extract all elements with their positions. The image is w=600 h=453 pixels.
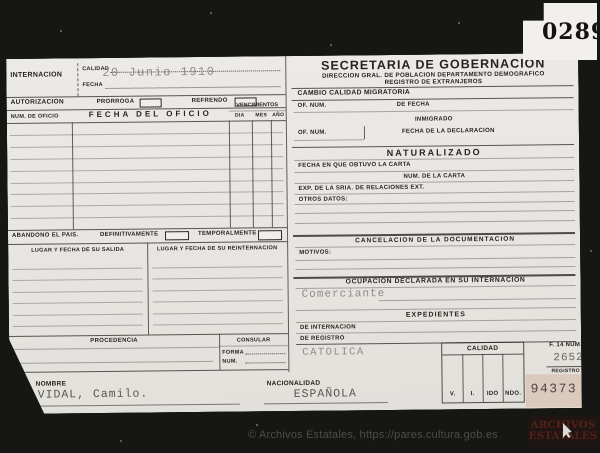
divider <box>364 126 365 139</box>
nacionalidad-label: NACIONALIDAD <box>267 380 321 388</box>
form-card: INTERNACION CALIDAD FECHA 20 Junio 1910 … <box>6 53 582 414</box>
blank-rule-line <box>13 313 143 315</box>
cambio-calidad-header: CAMBIO CALIDAD MIGRATORIA <box>297 89 410 97</box>
fecha-label: FECHA <box>82 82 103 88</box>
ano-subheader: AÑO <box>271 112 286 118</box>
blank-rule-line <box>10 168 283 172</box>
rule <box>294 109 574 113</box>
blank-rule-line <box>13 302 143 304</box>
mes-subheader: MES <box>252 112 271 118</box>
scan-background: INTERNACION CALIDAD FECHA 20 Junio 1910 … <box>0 0 600 453</box>
cancelacion-header: CANCELACION DE LA DOCUMENTACION <box>295 235 575 245</box>
blank-rule-line <box>10 180 283 184</box>
num-oficio-column-header: NUM. DE OFICIO <box>11 113 59 120</box>
calidad-col-i: I. <box>463 391 483 397</box>
blank-rule-line <box>13 325 143 327</box>
definitivamente-checkbox <box>165 231 189 240</box>
blank-rule-line <box>10 132 283 136</box>
document-number-sticker: 0289 <box>523 3 597 60</box>
de-internacion-label: DE INTERNACION <box>300 324 356 331</box>
blank-rule-line <box>153 312 283 314</box>
f14-label: F. 14 NUM. <box>549 342 582 348</box>
calidad-col-v: V. <box>443 391 463 397</box>
otros-datos-label: OTROS DATOS: <box>299 196 348 203</box>
rule <box>379 298 576 301</box>
de-fecha-label: DE FECHA <box>397 102 430 108</box>
scan-speck <box>590 250 592 252</box>
autorizacion-label: AUTORIZACION <box>11 98 64 106</box>
rule <box>294 139 364 141</box>
rule <box>15 361 213 364</box>
rule <box>9 369 288 373</box>
nacionalidad-value: ESPAÑOLA <box>294 387 357 401</box>
rule <box>296 330 576 334</box>
ocupacion-value: Comerciante <box>302 288 386 301</box>
fecha-oficio-column-header: FECHA DEL OFICIO <box>72 109 229 120</box>
fecha-carta-label: FECHA EN QUE OBTUVO LA CARTA <box>298 162 411 169</box>
leader-line <box>105 86 280 89</box>
temporalmente-label: TEMPORALMENTE <box>198 230 257 237</box>
document-number: 0289 <box>542 19 600 45</box>
leader-line <box>245 353 285 354</box>
rule <box>292 97 574 101</box>
salida-header: LUGAR Y FECHA DE SU SALIDA <box>10 247 145 254</box>
blank-rule-line <box>11 215 284 219</box>
scan-speck <box>210 12 212 14</box>
internacion-label: INTERNACION <box>10 71 62 79</box>
blank-rule-line <box>152 277 282 279</box>
rule <box>295 220 575 224</box>
leader-line <box>245 362 285 363</box>
procedencia-header: PROCEDENCIA <box>9 337 219 345</box>
refrendo-label: REFRENDO <box>192 98 228 104</box>
registro-stamp: 94373 <box>526 374 583 407</box>
fecha-value: 20 Junio 1910 <box>102 65 215 80</box>
rule <box>296 319 576 323</box>
forma-label: FORMA <box>222 350 244 356</box>
definitivamente-label: DEFINITIVAMENTE <box>100 231 158 238</box>
blank-rule-line <box>153 323 283 325</box>
rule <box>295 191 575 195</box>
dia-subheader: DIA <box>229 112 251 118</box>
scan-speck <box>458 22 460 24</box>
de-registro-label: DE REGISTRO <box>300 335 345 341</box>
nombre-label: NOMBRE <box>36 380 67 387</box>
abandono-label: ABANDONO EL PAIS. <box>12 232 79 239</box>
blank-rule-line <box>152 266 282 268</box>
rule <box>264 402 388 404</box>
rule <box>294 180 574 184</box>
motivos-label: MOTIVOS: <box>299 250 331 256</box>
rule <box>295 244 575 248</box>
calidad-box: CALIDAD V. I. IDO NDO. <box>441 342 525 404</box>
inmigrado-header: INMIGRADO <box>294 115 574 124</box>
of-num-label: OF. NUM. <box>298 103 327 109</box>
blank-rule-line <box>11 191 284 195</box>
scan-speck <box>60 30 62 32</box>
blank-rule-line <box>12 267 142 269</box>
calidad-box-header: CALIDAD <box>442 345 523 353</box>
divider <box>77 63 78 96</box>
scan-speck <box>256 424 258 426</box>
reinternacion-lines <box>149 254 286 334</box>
blank-rule-line <box>10 156 283 160</box>
blank-rule-line <box>10 144 283 148</box>
prorroga-label: PRORROGA <box>97 99 135 105</box>
rule <box>28 404 240 407</box>
exp-sria-label: EXP. DE LA SRIA. DE RELACIONES EXT. <box>299 185 425 192</box>
scan-speck <box>120 440 122 442</box>
religion-value: CATOLICA <box>302 346 365 359</box>
fecha-declaracion-label: FECHA DE LA DECLARACION <box>402 128 495 135</box>
prorroga-checkbox <box>140 98 162 107</box>
rule <box>295 266 575 270</box>
rule <box>295 257 575 261</box>
vencimientos-column-header: VENCIMIENTOS <box>229 102 286 109</box>
f14-value: 26520 <box>553 352 591 364</box>
blank-rule-line <box>12 279 142 281</box>
nombre-value: VIDAL, Camilo. <box>38 388 149 402</box>
scan-speck <box>330 44 332 46</box>
salida-lines <box>9 256 146 336</box>
calidad-col-ido: IDO <box>483 391 503 397</box>
archive-watermark: © Archivos Estatales, https://pares.cult… <box>248 429 498 441</box>
oficio-table-body <box>7 120 287 230</box>
rule <box>295 210 575 214</box>
rule <box>296 341 576 345</box>
calidad-col-ndo: NDO. <box>503 391 524 397</box>
consular-num-label: NUM. <box>222 359 237 365</box>
reinternacion-header: LUGAR Y FECHA DE SU REINTERNACION <box>149 245 285 252</box>
blank-rule-line <box>11 203 284 207</box>
consular-header: CONSULAR <box>219 337 288 344</box>
registro-value: 94373 <box>531 381 578 396</box>
blank-rule-line <box>153 300 283 302</box>
rule <box>219 345 288 347</box>
of-num2-label: OF. NUM. <box>298 130 327 136</box>
temporalmente-checkbox <box>258 230 282 240</box>
blank-rule-line <box>13 290 143 292</box>
blank-rule-line <box>153 289 283 291</box>
rule <box>9 347 219 350</box>
